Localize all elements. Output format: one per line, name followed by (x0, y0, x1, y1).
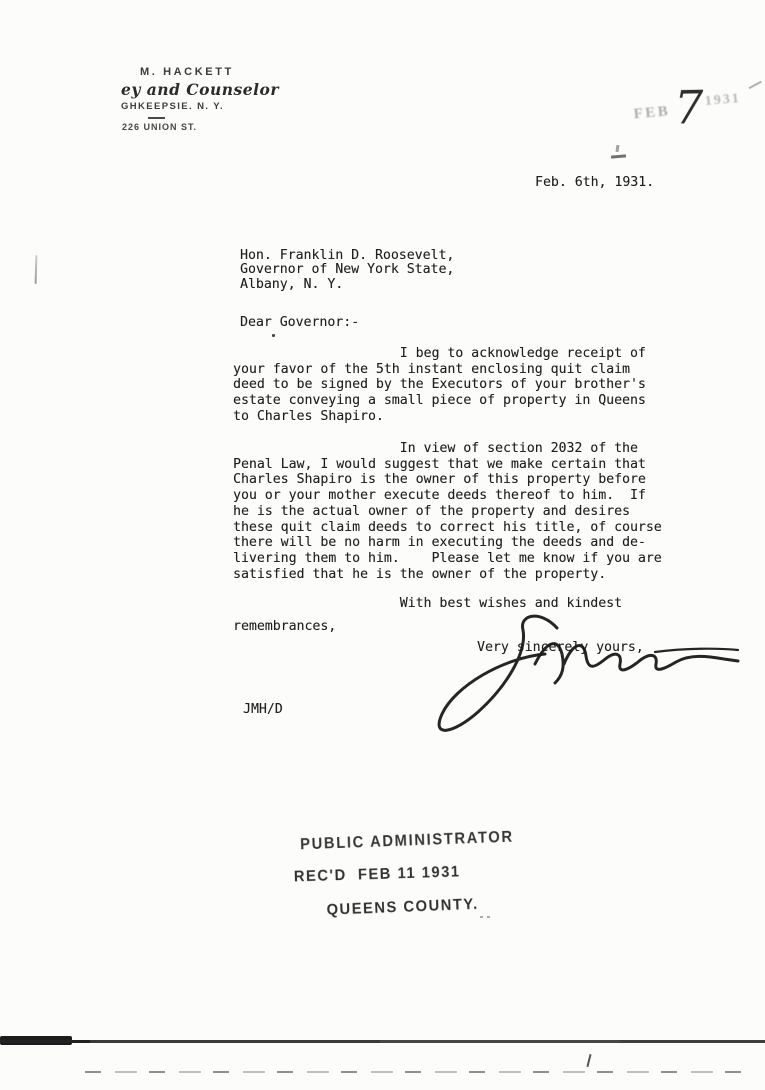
office-stamp-line-3: QUEENS COUNTY. (326, 896, 479, 920)
body-paragraph-2: In view of section 2032 of thePenal Law,… (233, 441, 662, 582)
text-line: Albany, N. Y. (240, 278, 454, 292)
text-line: estate conveying a small piece of proper… (233, 393, 646, 409)
scan-artifact-trailing-dots (480, 916, 494, 918)
scan-artifact-ink-smudge (611, 154, 626, 158)
received-date-stamp: FEB 7 1931 (626, 79, 765, 151)
typist-initials: JMH/D (243, 702, 283, 717)
scan-artifact-dashed-line (85, 1071, 755, 1073)
letterhead-rule (148, 117, 165, 119)
letterhead-profession: ey and Counselor (121, 80, 279, 99)
signature-underline (655, 649, 738, 652)
text-line: your favor of the 5th instant enclosing … (233, 362, 646, 378)
scanned-letter-page: M. HACKETT ey and Counselor GHKEEPSIE. N… (0, 0, 765, 1090)
text-line: these quit claim deeds to correct his ti… (233, 520, 662, 536)
office-received-stamp: PUBLIC ADMINISTRATOR REC'D FEB 11 1931 Q… (279, 827, 541, 932)
office-stamp-line-1: PUBLIC ADMINISTRATOR (300, 829, 514, 855)
text-line: livering them to him. Please let me know… (233, 551, 662, 567)
text-line: I beg to acknowledge receipt of (233, 346, 646, 362)
recipient-address: Hon. Franklin D. Roosevelt,Governor of N… (240, 249, 454, 292)
scan-artifact-bar (0, 1040, 765, 1043)
text-line: Penal Law, I would suggest that we make … (233, 457, 662, 473)
text-line: Governor of New York State, (240, 263, 454, 277)
received-stamp-year: 1931 (704, 91, 741, 110)
body-paragraph-1: I beg to acknowledge receipt ofyour favo… (233, 346, 646, 425)
scan-artifact-tick (586, 1054, 591, 1067)
text-line: Hon. Franklin D. Roosevelt, (240, 249, 454, 263)
salutation: Dear Governor:- (240, 315, 359, 330)
received-stamp-day: 7 (674, 80, 704, 135)
text-line: deed to be signed by the Executors of yo… (233, 377, 646, 393)
text-line: you or your mother execute deeds thereof… (233, 488, 662, 504)
text-line: satisfied that he is the owner of the pr… (233, 567, 662, 583)
signature-flourish (439, 616, 557, 730)
scan-artifact-dot (272, 334, 275, 337)
text-line: Charles Shapiro is the owner of this pro… (233, 472, 662, 488)
scan-artifact-left-mark (35, 255, 38, 284)
scan-artifact-ink-smudge (616, 145, 620, 152)
text-line: In view of section 2032 of the (233, 441, 662, 457)
text-line: to Charles Shapiro. (233, 409, 646, 425)
text-line: he is the actual owner of the property a… (233, 504, 662, 520)
signature (423, 606, 755, 748)
letterhead-name: M. HACKETT (140, 66, 234, 78)
date-line: Feb. 6th, 1931. (535, 175, 654, 190)
office-stamp-line-2: REC'D FEB 11 1931 (294, 863, 461, 886)
received-stamp-month: FEB (633, 103, 671, 123)
letterhead-street: 226 UNION ST. (122, 122, 197, 132)
letterhead-city: GHKEEPSIE. N. Y. (121, 101, 224, 112)
text-line: there will be no harm in executing the d… (233, 535, 662, 551)
